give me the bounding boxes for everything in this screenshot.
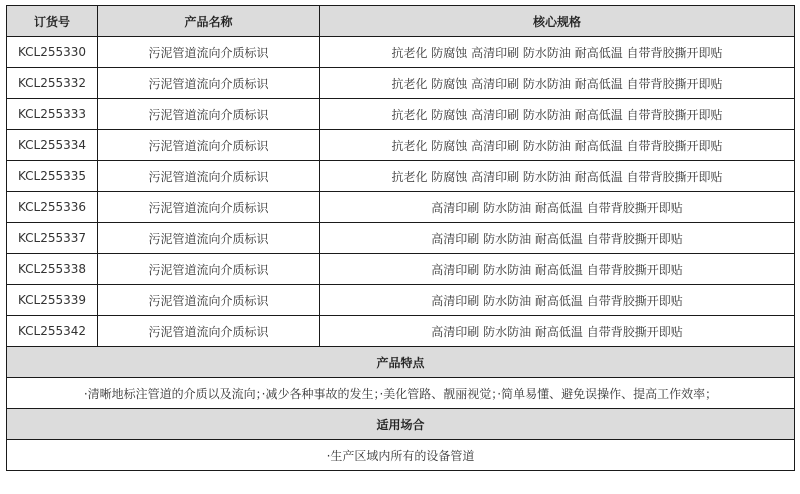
product-name-cell: 污泥管道流向介质标识 — [98, 254, 320, 285]
header-core-spec: 核心规格 — [320, 6, 795, 37]
product-name-cell: 污泥管道流向介质标识 — [98, 223, 320, 254]
core-spec-cell: 高清印刷 防水防油 耐高低温 自带背胶撕开即贴 — [320, 192, 795, 223]
features-title: 产品特点 — [7, 347, 795, 378]
applications-row: ·生产区域内所有的设备管道 — [7, 440, 795, 471]
table-header-row: 订货号 产品名称 核心规格 — [7, 6, 795, 37]
product-name-cell: 污泥管道流向介质标识 — [98, 285, 320, 316]
core-spec-cell: 抗老化 防腐蚀 高清印刷 防水防油 耐高低温 自带背胶撕开即贴 — [320, 161, 795, 192]
core-spec-cell: 高清印刷 防水防油 耐高低温 自带背胶撕开即贴 — [320, 223, 795, 254]
core-spec-cell: 抗老化 防腐蚀 高清印刷 防水防油 耐高低温 自带背胶撕开即贴 — [320, 99, 795, 130]
core-spec-cell: 抗老化 防腐蚀 高清印刷 防水防油 耐高低温 自带背胶撕开即贴 — [320, 130, 795, 161]
order-number-cell: KCL255334 — [7, 130, 98, 161]
header-product-name: 产品名称 — [98, 6, 320, 37]
order-number-cell: KCL255336 — [7, 192, 98, 223]
table-row: KCL255337 污泥管道流向介质标识 高清印刷 防水防油 耐高低温 自带背胶… — [7, 223, 795, 254]
core-spec-cell: 抗老化 防腐蚀 高清印刷 防水防油 耐高低温 自带背胶撕开即贴 — [320, 68, 795, 99]
product-spec-table: 订货号 产品名称 核心规格 KCL255330 污泥管道流向介质标识 抗老化 防… — [6, 5, 795, 471]
table-row: KCL255342 污泥管道流向介质标识 高清印刷 防水防油 耐高低温 自带背胶… — [7, 316, 795, 347]
table-row: KCL255330 污泥管道流向介质标识 抗老化 防腐蚀 高清印刷 防水防油 耐… — [7, 37, 795, 68]
table-row: KCL255338 污泥管道流向介质标识 高清印刷 防水防油 耐高低温 自带背胶… — [7, 254, 795, 285]
table-row: KCL255332 污泥管道流向介质标识 抗老化 防腐蚀 高清印刷 防水防油 耐… — [7, 68, 795, 99]
order-number-cell: KCL255330 — [7, 37, 98, 68]
order-number-cell: KCL255342 — [7, 316, 98, 347]
order-number-cell: KCL255339 — [7, 285, 98, 316]
product-name-cell: 污泥管道流向介质标识 — [98, 161, 320, 192]
core-spec-cell: 高清印刷 防水防油 耐高低温 自带背胶撕开即贴 — [320, 254, 795, 285]
product-name-cell: 污泥管道流向介质标识 — [98, 68, 320, 99]
core-spec-cell: 抗老化 防腐蚀 高清印刷 防水防油 耐高低温 自带背胶撕开即贴 — [320, 37, 795, 68]
table-row: KCL255333 污泥管道流向介质标识 抗老化 防腐蚀 高清印刷 防水防油 耐… — [7, 99, 795, 130]
product-name-cell: 污泥管道流向介质标识 — [98, 192, 320, 223]
order-number-cell: KCL255332 — [7, 68, 98, 99]
table-row: KCL255334 污泥管道流向介质标识 抗老化 防腐蚀 高清印刷 防水防油 耐… — [7, 130, 795, 161]
features-row: ·清晰地标注管道的介质以及流向；·减少各种事故的发生；·美化管路、靓丽视觉；·简… — [7, 378, 795, 409]
features-header-row: 产品特点 — [7, 347, 795, 378]
order-number-cell: KCL255335 — [7, 161, 98, 192]
table-row: KCL255335 污泥管道流向介质标识 抗老化 防腐蚀 高清印刷 防水防油 耐… — [7, 161, 795, 192]
table-row: KCL255339 污泥管道流向介质标识 高清印刷 防水防油 耐高低温 自带背胶… — [7, 285, 795, 316]
features-text: ·清晰地标注管道的介质以及流向；·减少各种事故的发生；·美化管路、靓丽视觉；·简… — [7, 378, 795, 409]
product-name-cell: 污泥管道流向介质标识 — [98, 37, 320, 68]
core-spec-cell: 高清印刷 防水防油 耐高低温 自带背胶撕开即贴 — [320, 316, 795, 347]
product-name-cell: 污泥管道流向介质标识 — [98, 316, 320, 347]
order-number-cell: KCL255338 — [7, 254, 98, 285]
order-number-cell: KCL255337 — [7, 223, 98, 254]
order-number-cell: KCL255333 — [7, 99, 98, 130]
table-row: KCL255336 污泥管道流向介质标识 高清印刷 防水防油 耐高低温 自带背胶… — [7, 192, 795, 223]
core-spec-cell: 高清印刷 防水防油 耐高低温 自带背胶撕开即贴 — [320, 285, 795, 316]
applications-title: 适用场合 — [7, 409, 795, 440]
header-order-number: 订货号 — [7, 6, 98, 37]
applications-text: ·生产区域内所有的设备管道 — [7, 440, 795, 471]
product-name-cell: 污泥管道流向介质标识 — [98, 99, 320, 130]
product-name-cell: 污泥管道流向介质标识 — [98, 130, 320, 161]
applications-header-row: 适用场合 — [7, 409, 795, 440]
